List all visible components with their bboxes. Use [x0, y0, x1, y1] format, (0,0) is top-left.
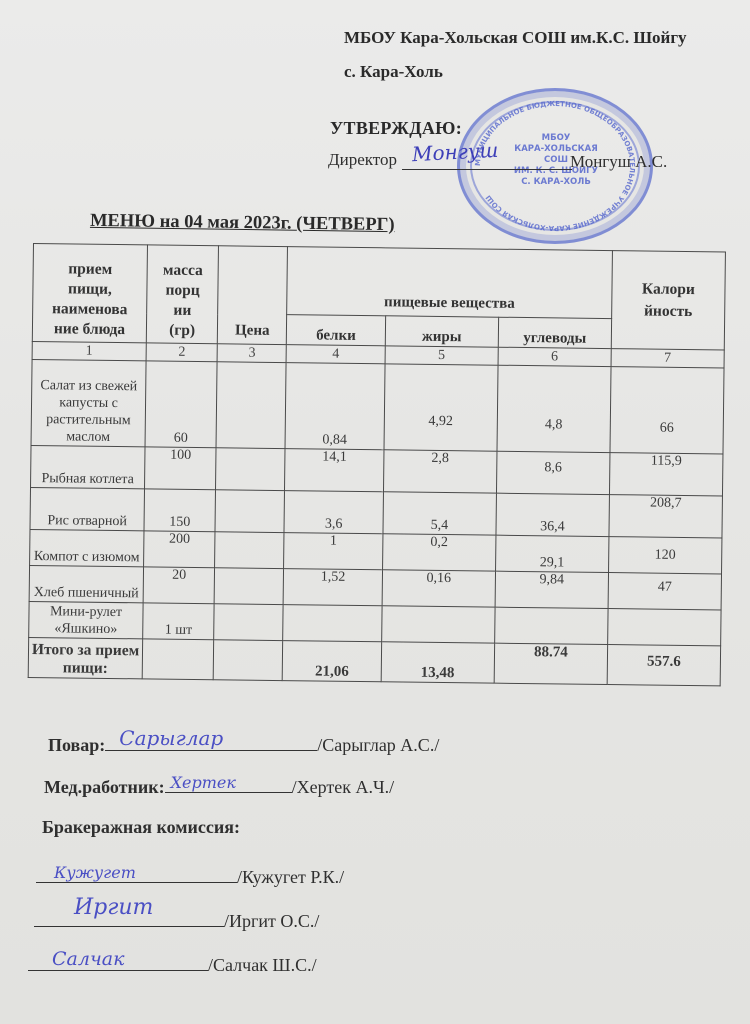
- cook-label: Повар:: [48, 735, 105, 755]
- header-line: порц: [149, 280, 215, 301]
- header-proteins: белки: [287, 315, 386, 346]
- dish-name: Рыбная котлета: [31, 445, 146, 488]
- dish-fats: 0,16: [382, 570, 495, 607]
- dish-name: Мини-рулет «Яшкино»: [29, 601, 144, 638]
- approve-label: УТВЕРЖДАЮ:: [330, 118, 462, 139]
- commission-signature-line: Иргит: [34, 908, 224, 927]
- dish-calories: [608, 609, 722, 646]
- dish-proteins: 3,6: [284, 491, 383, 534]
- header-carbs: углеводы: [498, 317, 611, 348]
- header-meal: прием пищи, наименова ние блюда: [32, 244, 147, 343]
- village-name: с. Кара-Холь: [344, 62, 443, 82]
- commission-signature-row: Иргит/Иргит О.С./: [34, 908, 319, 932]
- organization-name: МБОУ Кара-Хольская СОШ им.К.С. Шойгу: [344, 28, 687, 48]
- total-row: Итого за прием пищи: 21,06 13,48 88.74 5…: [28, 637, 720, 685]
- director-signature: Монгуш: [411, 138, 498, 166]
- total-fats: 13,48: [381, 642, 495, 683]
- medic-label: Мед.работник:: [44, 777, 165, 797]
- header-line: пищи,: [35, 279, 144, 300]
- medic-signature-row: Мед.работник:Хертек/Хертек А.Ч./: [44, 774, 394, 798]
- medic-handwritten-signature: Хертек: [171, 773, 236, 792]
- header-price: Цена: [218, 246, 288, 345]
- dish-fats: 0,2: [382, 534, 495, 571]
- header-line: ии: [149, 300, 215, 321]
- header-line: Калори: [614, 278, 722, 301]
- total-proteins: 21,06: [283, 641, 382, 682]
- dish-mass: 20: [143, 567, 215, 604]
- cook-signature-row: Повар:Сарыглар/Сарыглар А.С./: [48, 732, 439, 756]
- column-number: 6: [498, 347, 611, 366]
- cook-signature-line: Сарыглар: [105, 732, 317, 751]
- dish-price: [215, 490, 285, 533]
- commission-member-name: /Иргит О.С./: [224, 911, 319, 931]
- commission-member-name: /Кужугет Р.К./: [237, 867, 344, 887]
- header-line: йность: [614, 300, 722, 323]
- dish-carbs: 9,84: [495, 571, 608, 608]
- dish-calories: 120: [608, 537, 722, 574]
- dish-mass: 1 шт: [143, 603, 215, 640]
- dish-name: Рис отварной: [30, 487, 145, 530]
- dish-price: [216, 362, 286, 449]
- dish-proteins: 0,84: [285, 363, 384, 450]
- dish-mass: 100: [145, 447, 217, 490]
- dish-name: Хлеб пшеничный: [29, 565, 144, 602]
- dish-price: [216, 448, 286, 491]
- dish-carbs: [495, 607, 608, 644]
- dish-carbs: 8,6: [496, 451, 610, 494]
- total-label: Итого за прием пищи:: [28, 637, 143, 678]
- header-line: прием: [36, 259, 145, 280]
- table-header-row: прием пищи, наименова ние блюда масса по…: [33, 244, 726, 320]
- total-carbs: 88.74: [494, 643, 608, 684]
- medic-signature-line: Хертек: [165, 774, 292, 793]
- director-signature-line: [402, 169, 572, 170]
- commission-signature-row: Кужугет/Кужугет Р.К./: [36, 864, 344, 888]
- dish-mass: 150: [144, 489, 216, 532]
- dish-price: [214, 604, 284, 641]
- dish-calories: 115,9: [609, 453, 723, 496]
- dish-proteins: 1: [284, 533, 383, 570]
- dish-mass: 60: [145, 361, 217, 448]
- dish-calories: 47: [608, 573, 722, 610]
- dish-carbs: 36,4: [496, 493, 610, 536]
- column-number: 4: [286, 345, 385, 364]
- director-label: Директор: [328, 150, 397, 170]
- header-line: наименова: [35, 299, 144, 320]
- commission-member-name: /Салчак Ш.С./: [208, 955, 317, 975]
- cook-handwritten-signature: Сарыглар: [119, 726, 223, 750]
- table-row: Салат из свежей капусты с растительным м…: [31, 359, 724, 453]
- column-number: 3: [217, 344, 286, 363]
- total-mass: [142, 639, 214, 680]
- dish-fats: 2,8: [383, 450, 497, 493]
- menu-title: МЕНЮ на 04 мая 2023г. (ЧЕТВЕРГ): [90, 211, 395, 236]
- medic-name: /Хертек А.Ч./: [292, 777, 395, 797]
- stamp-line: МБОУ: [508, 133, 604, 144]
- cook-name: /Сарыглар А.С./: [317, 735, 439, 755]
- director-name: Монгуш А.С.: [570, 152, 667, 172]
- header-fats: жиры: [385, 316, 498, 347]
- commission-handwritten-signature: Салчак: [52, 948, 124, 970]
- dish-name: Компот с изюмом: [30, 529, 145, 566]
- header-line: ние блюда: [35, 319, 144, 340]
- header-line: (гр): [149, 320, 215, 341]
- dish-proteins: 14,1: [285, 449, 384, 492]
- dish-calories: 66: [610, 367, 724, 454]
- stamp-line: С. КАРА-ХОЛЬ: [508, 177, 604, 188]
- commission-label: Бракеражная комиссия:: [42, 817, 240, 838]
- commission-signature-row: Салчак/Салчак Ш.С./: [28, 952, 317, 976]
- dish-carbs: 29,1: [495, 535, 608, 572]
- menu-table: прием пищи, наименова ние блюда масса по…: [28, 243, 726, 686]
- commission-handwritten-signature: Кужугет: [54, 863, 136, 882]
- dish-mass: 200: [144, 531, 216, 568]
- column-number: 7: [611, 349, 724, 368]
- dish-calories: 208,7: [609, 495, 723, 538]
- dish-proteins: 1,52: [283, 569, 382, 606]
- dish-name: Салат из свежей капусты с растительным м…: [31, 359, 146, 446]
- dish-proteins: [283, 605, 382, 642]
- total-calories: 557.6: [607, 645, 721, 686]
- column-number: 1: [32, 341, 146, 360]
- header-calories: Калори йность: [611, 251, 725, 350]
- header-nutrients: пищевые вещества: [287, 247, 612, 319]
- commission-signature-line: Кужугет: [36, 864, 237, 883]
- dish-price: [214, 568, 284, 605]
- dish-carbs: 4,8: [497, 365, 611, 452]
- dish-fats: [381, 606, 494, 643]
- dish-fats: 4,92: [384, 364, 498, 451]
- dish-price: [215, 532, 285, 569]
- header-mass: масса порц ии (гр): [146, 245, 218, 344]
- dish-fats: 5,4: [383, 492, 497, 535]
- column-number: 2: [146, 343, 217, 362]
- header-line: масса: [150, 260, 216, 281]
- column-number: 5: [385, 346, 498, 365]
- commission-signature-line: Салчак: [28, 952, 208, 971]
- commission-handwritten-signature: Иргит: [74, 895, 153, 920]
- total-price: [213, 640, 283, 681]
